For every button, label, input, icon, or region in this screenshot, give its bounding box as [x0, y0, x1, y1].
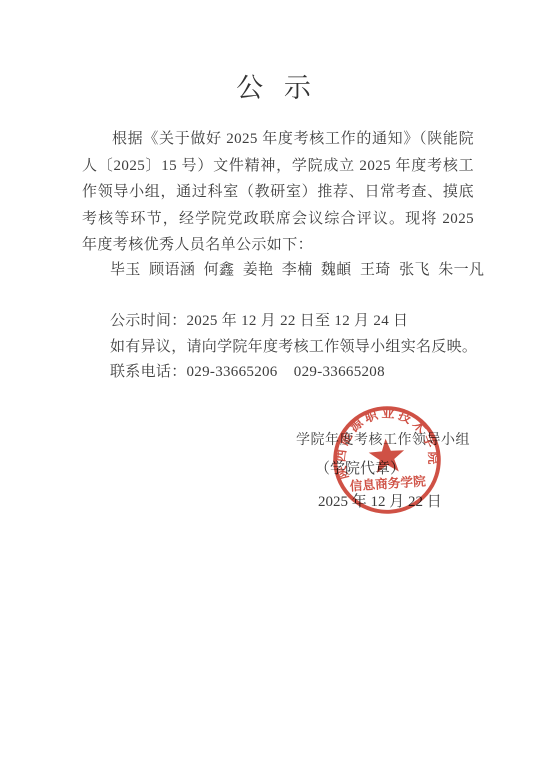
signature-date: 2025 年 12 月 22 日	[318, 490, 442, 511]
notice-block: 公示时间：2025 年 12 月 22 日至 12 月 24 日 如有异议，请向…	[110, 309, 510, 386]
contact-phone-line: 联系电话：029-33665206 029-33665208	[110, 360, 510, 386]
signature-organization: 学院年度考核工作领导小组	[296, 429, 470, 449]
honorees-name-list: 毕玉 顾语涵 何鑫 姜艳 李楠 魏頔 王琦 张飞 朱一凡	[110, 257, 510, 283]
page-title: 公 示	[0, 66, 554, 105]
announcement-page: 公 示 根据《关于做好 2025 年度考核工作的通知》（陕能院人〔2025〕15…	[0, 0, 554, 783]
body-paragraph: 根据《关于做好 2025 年度考核工作的通知》（陕能院人〔2025〕15 号）文…	[82, 126, 474, 259]
objection-line: 如有异议，请向学院年度考核工作领导小组实名反映。	[110, 335, 510, 361]
signature-seal-note: （学院代章）	[315, 457, 405, 478]
publicity-period-line: 公示时间：2025 年 12 月 22 日至 12 月 24 日	[110, 309, 510, 335]
